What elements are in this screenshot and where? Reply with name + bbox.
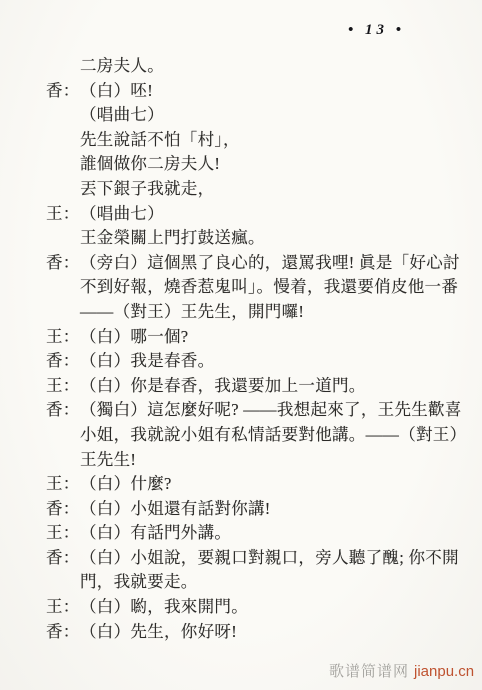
line-text: 王先生! — [80, 448, 136, 473]
script-line: 先生說話不怕「村」， — [0, 128, 482, 153]
script-line: 王金榮關上門打鼓送瘋。 — [0, 226, 482, 251]
line-text: 誰個做你二房夫人! — [80, 152, 220, 177]
watermark-site-name: 歌谱简谱网 — [329, 663, 409, 680]
line-text: 王金榮關上門打鼓送瘋。 — [80, 226, 265, 251]
line-text: （白）先生，你好呀! — [80, 620, 237, 645]
script-line: 王：（白）有話門外講。 — [0, 521, 482, 546]
line-text: （白）呸! — [80, 79, 153, 104]
speaker-label: 香： — [46, 79, 80, 104]
page-number: • 13 • — [348, 22, 405, 39]
line-text: ——（對王）王先生，開門囉! — [80, 300, 304, 325]
line-text: （白）有話門外講。 — [80, 521, 231, 546]
script-line: 香：（白）我是春香。 — [0, 349, 482, 374]
speaker-label: 王： — [46, 595, 80, 620]
line-text: 門，我就要走。 — [80, 570, 198, 595]
speaker-label: 王： — [46, 472, 80, 497]
script-line: 王先生! — [0, 448, 482, 473]
script-line: 王：（白）喲，我來開門。 — [0, 595, 482, 620]
line-text: 丟下銀子我就走， — [80, 177, 214, 202]
speaker-label: 王： — [46, 325, 80, 350]
speaker-label: 香： — [46, 398, 80, 423]
speaker-label: 香： — [46, 620, 80, 645]
speaker-label: 王： — [46, 202, 80, 227]
speaker-label: 香： — [46, 251, 80, 276]
script-line: 香：（白）先生，你好呀! — [0, 620, 482, 645]
script-line: 丟下銀子我就走， — [0, 177, 482, 202]
script-line: 誰個做你二房夫人! — [0, 152, 482, 177]
speaker-label: 香： — [46, 349, 80, 374]
line-text: （獨白）這怎麼好呢? ——我想起來了，王先生歡喜 — [80, 398, 462, 423]
script-line: 香：（白）呸! — [0, 79, 482, 104]
script-line: 香：（旁白）這個黑了良心的，還罵我哩! 眞是「好心討 — [0, 251, 482, 276]
script-line: 王：（唱曲七） — [0, 202, 482, 227]
watermark: 歌谱简谱网jianpu.cn — [329, 660, 474, 681]
script-line: 門，我就要走。 — [0, 570, 482, 595]
watermark-site-url: jianpu.cn — [414, 663, 474, 680]
script-line: 小姐，我就說小姐有私情話要對他講。——（對王） — [0, 423, 482, 448]
script-line: （唱曲七） — [0, 103, 482, 128]
speaker-label: 王： — [46, 521, 80, 546]
script-line: 二房夫人。 — [0, 54, 482, 79]
script-line: 香：（白）小姐還有話對你講! — [0, 497, 482, 522]
line-text: （白）我是春香。 — [80, 349, 214, 374]
speaker-label: 香： — [46, 497, 80, 522]
scanned-script-page: • 13 • 二房夫人。 香：（白）呸! （唱曲七） 先生說話不怕「村」， 誰個… — [0, 0, 482, 690]
script-line: ——（對王）王先生，開門囉! — [0, 300, 482, 325]
script-text-block: 二房夫人。 香：（白）呸! （唱曲七） 先生說話不怕「村」， 誰個做你二房夫人!… — [0, 54, 482, 644]
line-text: 二房夫人。 — [80, 54, 164, 79]
line-text: （白）你是春香，我還要加上一道門。 — [80, 374, 366, 399]
line-text: （白）小姐說，要親口對親口，旁人聽了醜; 你不開 — [80, 546, 459, 571]
line-text: 不到好報，燒香惹鬼叫」。慢着，我還要俏皮他一番 — [80, 275, 458, 300]
line-text: 先生說話不怕「村」， — [80, 128, 240, 153]
line-text: （白）小姐還有話對你講! — [80, 497, 271, 522]
script-line: 香：（獨白）這怎麼好呢? ——我想起來了，王先生歡喜 — [0, 398, 482, 423]
script-line: 香：（白）小姐說，要親口對親口，旁人聽了醜; 你不開 — [0, 546, 482, 571]
script-line: 王：（白）什麼? — [0, 472, 482, 497]
script-line: 不到好報，燒香惹鬼叫」。慢着，我還要俏皮他一番 — [0, 275, 482, 300]
line-text: （旁白）這個黑了良心的，還罵我哩! 眞是「好心討 — [80, 251, 460, 276]
line-text: （白）喲，我來開門。 — [80, 595, 248, 620]
line-text: （白）什麼? — [80, 472, 172, 497]
script-line: 王：（白）你是春香，我還要加上一道門。 — [0, 374, 482, 399]
script-line: 王：（白）哪一個? — [0, 325, 482, 350]
line-text: （唱曲七） — [80, 103, 164, 128]
speaker-label: 香： — [46, 546, 80, 571]
line-text: （唱曲七） — [80, 202, 164, 227]
line-text: 小姐，我就說小姐有私情話要對他講。——（對王） — [80, 423, 466, 448]
line-text: （白）哪一個? — [80, 325, 188, 350]
speaker-label: 王： — [46, 374, 80, 399]
